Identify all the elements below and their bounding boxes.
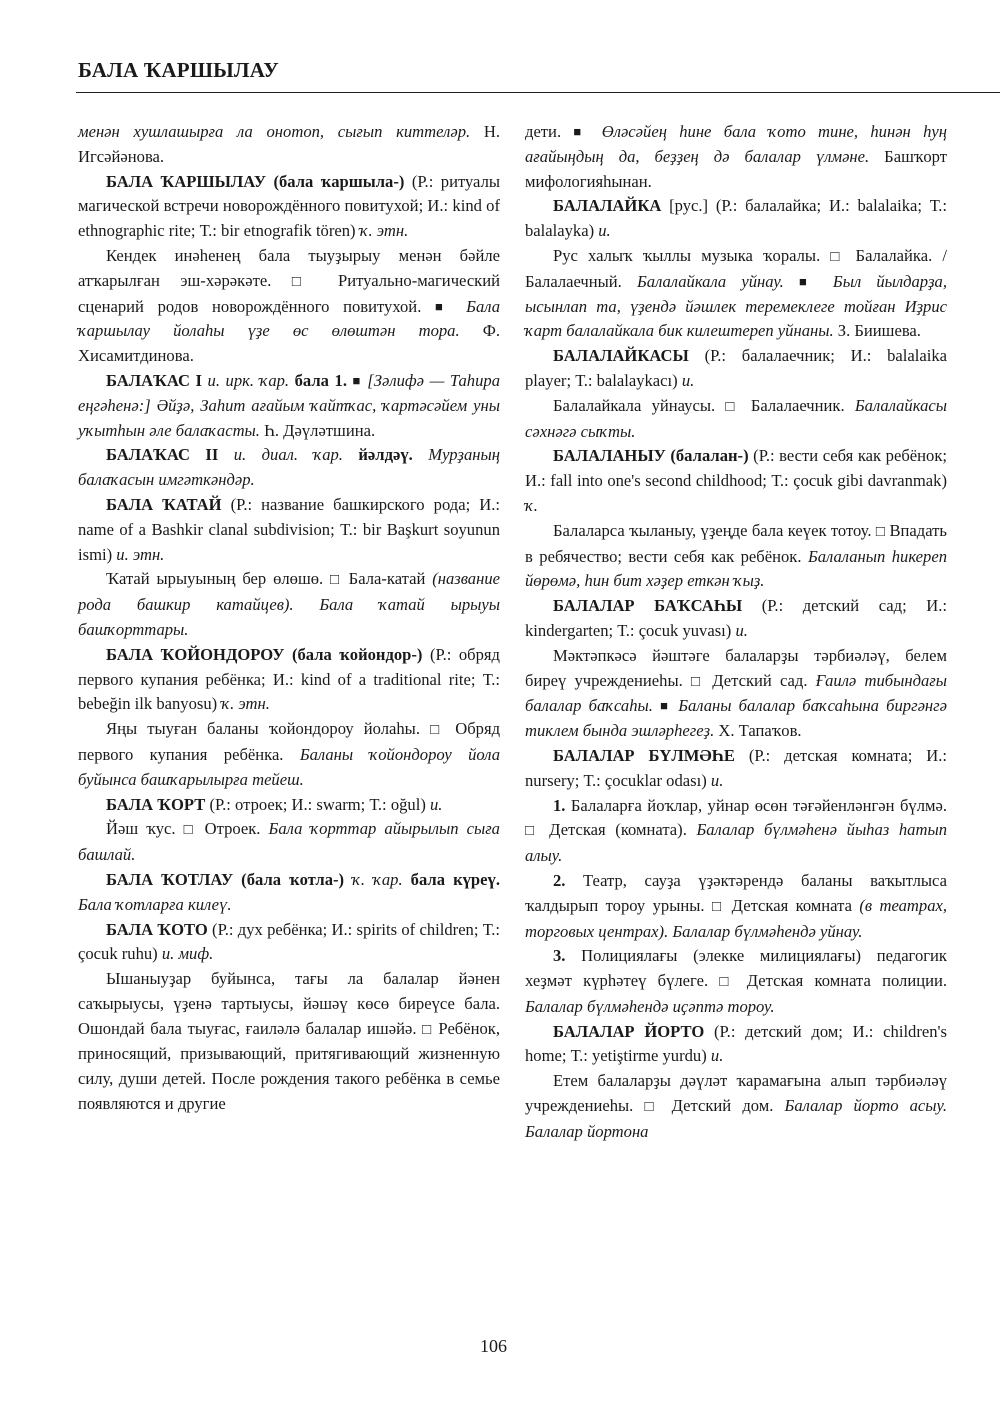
definition-text: Яңы тыуған баланы ҡойондороу йолаһы. xyxy=(106,719,430,738)
header-rule xyxy=(76,92,1000,93)
russian-gloss: Бала-катай xyxy=(342,569,432,588)
headword: БАЛА ҠАРШЫЛАУ (бала ҡаршыла-) xyxy=(106,172,404,191)
headword: БАЛАЛАЙКА xyxy=(553,196,661,215)
grammar-label: ҡ. ҡар. xyxy=(344,870,403,889)
sense-1: 1. Балаларға йоҡлар, уйнар өсөн тәғәйенл… xyxy=(525,794,947,869)
grammar-label: и. миф. xyxy=(162,944,213,963)
entry-bala-qarshylau: БАЛА ҠАРШЫЛАУ (бала ҡаршыла-) (Р.: ритуа… xyxy=(78,170,500,244)
sense-number: 3. xyxy=(553,946,565,965)
white-square-icon: □ xyxy=(430,722,445,738)
russian-gloss: Детская (комната). xyxy=(540,820,687,839)
entry-balalar-baqsahy: БАЛАЛАР БАҠСАҺЫ (Р.: детский сад; И.: ki… xyxy=(525,594,947,644)
cross-reference: бала 1. xyxy=(289,371,352,390)
entry-balalaykasy: БАЛАЛАЙКАСЫ (Р.: балалаечник; И.: balala… xyxy=(525,344,947,394)
definition: Балаларса ҡыланыу, үҙеңде бала кеүек тот… xyxy=(525,519,947,594)
definition-text: Ҡатай ырыуының бер өлөшө. xyxy=(106,569,330,588)
russian-gloss: Детская комната xyxy=(724,896,859,915)
russian-gloss: Детский дом. xyxy=(661,1096,774,1115)
headword: БАЛА ҠОТЛАУ (бала ҡотла-) xyxy=(106,870,344,889)
grammar-label: и. xyxy=(711,771,723,790)
russian-gloss: Детский сад. xyxy=(704,671,807,690)
headword: БАЛА ҠАТАЙ xyxy=(106,495,222,514)
grammar-label: и. этн. xyxy=(116,545,164,564)
black-square-icon: ■ xyxy=(353,373,362,388)
right-column: дети. ■ Өләсәйең һине бала ҡото тине, һи… xyxy=(525,120,947,1145)
white-square-icon: □ xyxy=(876,524,885,540)
author: З. Биишева. xyxy=(834,321,921,340)
white-square-icon: □ xyxy=(691,674,704,690)
author: Х. Тапаҡов. xyxy=(714,721,801,740)
headword: БАЛАЛАР БҮЛМӘҺЕ xyxy=(553,746,735,765)
headword: БАЛА ҠОТО xyxy=(106,920,208,939)
left-column: менән хушлашырға ла онотоп, сығып киттел… xyxy=(78,120,500,1117)
white-square-icon: □ xyxy=(422,1022,433,1038)
definition: Мәктәпкәсә йәштәге балаларҙы тәрбиәләү, … xyxy=(525,644,947,744)
black-square-icon: ■ xyxy=(799,274,818,289)
definition-text: Балалайкала уйнаусы. xyxy=(553,396,725,415)
white-square-icon: □ xyxy=(525,823,540,839)
grammar-label: и. xyxy=(598,221,610,240)
example: Балалар бүлмәһендә уйнау. xyxy=(668,922,862,941)
white-square-icon: □ xyxy=(292,274,317,290)
definition-text: Йәш ҡус. xyxy=(106,819,184,838)
page-number: 106 xyxy=(480,1336,507,1357)
definition: Балалайкала уйнаусы. □ Балалаечник. Бала… xyxy=(525,394,947,445)
definition: Кендек инәһенең бала тыуҙырыу менән бәйл… xyxy=(78,244,500,369)
grammar-label: ҡ. этн. xyxy=(221,694,270,713)
definition: Йәш ҡус. □ Отроек. Бала ҡорттар айырылып… xyxy=(78,817,500,868)
example: Балалайкала уйнау. xyxy=(622,272,799,291)
example: менән хушлашырға ла онотоп, сығып киттел… xyxy=(78,122,470,141)
entry-bala-qoto: БАЛА ҠОТО (Р.: дух ребёнка; И.: spirits … xyxy=(78,918,500,968)
headword: БАЛАЛАНЫУ (балалан-) xyxy=(553,446,749,465)
definition-text: дети. xyxy=(525,122,573,141)
entry-bala-qort: БАЛА ҠОРТ (Р.: отроек; И.: swarm; Т.: oğ… xyxy=(78,793,500,818)
headword: БАЛА ҠОЙОНДОРОУ (бала ҡойондор-) xyxy=(106,645,422,664)
definition: Ышаныуҙар буйынса, тағы ла балалар йәнен… xyxy=(78,967,500,1117)
white-square-icon: □ xyxy=(644,1099,660,1115)
example: Бала ҡотларға килеү. xyxy=(78,895,231,914)
sense-3: 3. Полициялағы (элекке милициялағы) педа… xyxy=(525,944,947,1019)
grammar-label: и. xyxy=(711,1046,723,1065)
entry-balalanyu: БАЛАЛАНЫУ (балалан-) (Р.: вести себя как… xyxy=(525,444,947,518)
grammar-label: ҡ. этн. xyxy=(360,221,409,240)
definition-text: Балаларса ҡыланыу, үҙеңде бала кеүек тот… xyxy=(553,521,876,540)
grammar-label: ҡ. xyxy=(525,496,538,515)
entry-balaqas-1: БАЛАҠАС I и. ирк. ҡар. бала 1. ■ [Зәлифә… xyxy=(78,369,500,443)
white-square-icon: □ xyxy=(830,249,845,265)
headword: БАЛАҠАС I xyxy=(106,371,202,390)
black-square-icon: ■ xyxy=(573,124,589,139)
definition: Ҡатай ырыуының бер өлөшө. □ Бала-катай (… xyxy=(78,567,500,642)
definition: Етем балаларҙы дәүләт ҡарамағына алып тә… xyxy=(525,1069,947,1144)
white-square-icon: □ xyxy=(719,974,735,990)
entry-continuation: дети. ■ Өләсәйең һине бала ҡото тине, һи… xyxy=(525,120,947,194)
grammar-label: и. xyxy=(735,621,747,640)
definition: Яңы тыуған баланы ҡойондороу йолаһы. □ О… xyxy=(78,717,500,792)
grammar-label: и. xyxy=(430,795,442,814)
entry-continuation: менән хушлашырға ла онотоп, сығып киттел… xyxy=(78,120,500,170)
russian-gloss: Отроек. xyxy=(197,819,261,838)
white-square-icon: □ xyxy=(725,399,740,415)
running-head: БАЛА ҠАРШЫЛАУ xyxy=(78,58,279,83)
headword: БАЛАЛАР БАҠСАҺЫ xyxy=(553,596,742,615)
russian-gloss: Балалаечник. xyxy=(741,396,845,415)
entry-balalar-yorto: БАЛАЛАР ЙОРТО (Р.: детский дом; И.: chil… xyxy=(525,1020,947,1070)
black-square-icon: ■ xyxy=(660,698,671,713)
definition-text: Балаларға йоҡлар, уйнар өсөн тәғәйенләнг… xyxy=(565,796,947,815)
headword: БАЛАЛАЙКАСЫ xyxy=(553,346,689,365)
sense-number: 2. xyxy=(553,871,565,890)
entry-bala-qotlau: БАЛА ҠОТЛАУ (бала ҡотла-) ҡ. ҡар. бала к… xyxy=(78,868,500,918)
headword: БАЛАЛАР ЙОРТО xyxy=(553,1022,704,1041)
example: Балалар бүлмәһендә иҫәптә тороу. xyxy=(525,997,774,1016)
white-square-icon: □ xyxy=(712,899,724,915)
cross-reference: бала күреү. xyxy=(403,870,500,889)
entry-bala-qatay: БАЛА ҠАТАЙ (Р.: название башкирского род… xyxy=(78,493,500,567)
sense-2: 2. Театр, сауҙа үҙәктәрендә баланы ваҡыт… xyxy=(525,869,947,944)
grammar-label: и. ирк. ҡар. xyxy=(202,371,289,390)
grammar-label: и. xyxy=(682,371,694,390)
entry-balaqas-2: БАЛАҠАС II и. диал. ҡар. йәлдәү. Мурҙаны… xyxy=(78,443,500,493)
entry-balalar-bulmahe: БАЛАЛАР БҮЛМӘҺЕ (Р.: детская комната; И.… xyxy=(525,744,947,794)
author: Һ. Дәүләтшина. xyxy=(260,421,375,440)
cross-reference: йәлдәү. xyxy=(358,445,412,464)
black-square-icon: ■ xyxy=(435,299,452,314)
headword: БАЛА ҠОРТ xyxy=(106,795,205,814)
translations: (Р.: отроек; И.: swarm; Т.: oğul) xyxy=(205,795,430,814)
headword: БАЛАҠАС II xyxy=(106,445,218,464)
russian-gloss: Детская комната полиции. xyxy=(736,971,947,990)
white-square-icon: □ xyxy=(330,572,342,588)
sense-number: 1. xyxy=(553,796,565,815)
white-square-icon: □ xyxy=(184,822,197,838)
definition: Рус халыҡ ҡыллы музыка ҡоралы. □ Балалай… xyxy=(525,244,947,344)
grammar-label: и. диал. ҡар. xyxy=(218,445,358,464)
entry-balalayka: БАЛАЛАЙКА [рус.] (Р.: балалайка; И.: bal… xyxy=(525,194,947,244)
entry-bala-qoyondorou: БАЛА ҠОЙОНДОРОУ (бала ҡойондор-) (Р.: об… xyxy=(78,643,500,717)
definition-text: Рус халыҡ ҡыллы музыка ҡоралы. xyxy=(553,246,830,265)
